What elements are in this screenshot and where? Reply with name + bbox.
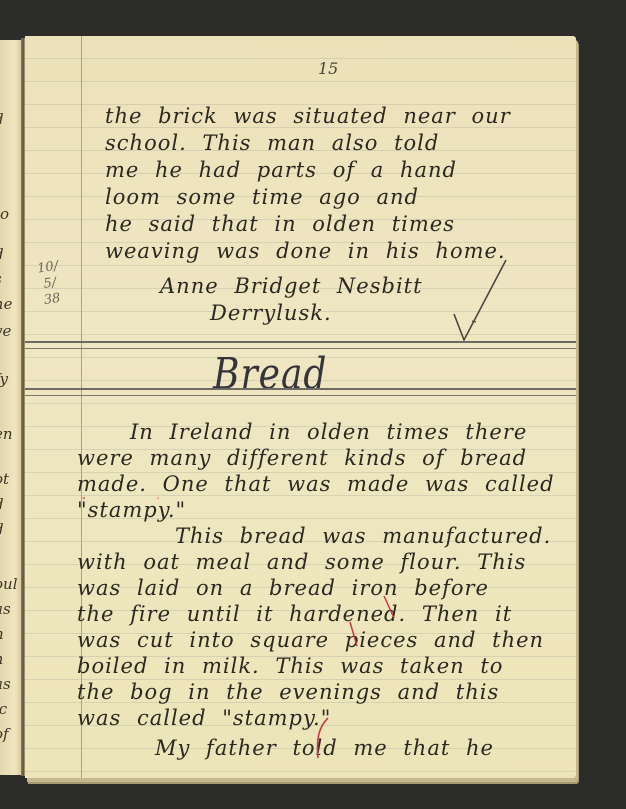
correction-strike-icon [380, 594, 400, 622]
section-divider [25, 341, 576, 349]
margin-date: 10/ 5/ 38 [32, 258, 68, 310]
left-fragment: fy [0, 370, 8, 388]
left-fragment: ot [0, 470, 9, 488]
left-fragment: oul [0, 575, 18, 593]
paragraph-mark-icon [312, 716, 332, 762]
entry-line: weaving was done in his home. [105, 239, 506, 263]
entry-line: boiled in milk. This was taken to [77, 654, 503, 678]
entry-line: he said that in olden times [105, 212, 455, 236]
copybook-page: 15 the brick was situated near our schoo… [25, 36, 576, 778]
checkmark-icon [450, 256, 510, 346]
entry-line: the fire until it hardened. Then it [77, 602, 512, 626]
left-fragment: h [0, 650, 4, 668]
page-number: 15 [318, 59, 338, 78]
entry-line: with oat meal and some flour. This [77, 550, 526, 574]
entry-line: the brick was situated near our [105, 104, 511, 128]
left-fragment: ve [0, 322, 11, 340]
left-fragment: of [0, 725, 9, 743]
svg-text:': ' [157, 496, 159, 505]
left-page-edge: d to d s he ve fy en ot d d oul as n h a… [0, 40, 21, 775]
entry-line: was laid on a bread iron before [77, 576, 489, 600]
date-year: 38 [36, 290, 68, 310]
left-fragment: s [0, 270, 2, 288]
entry-line: were many different kinds of bread [77, 446, 527, 470]
entry-line: the bog in the evenings and this [77, 680, 499, 704]
section-divider [25, 388, 576, 396]
entry-line: was cut into square pieces and then [77, 628, 544, 652]
left-fragment: en [0, 425, 13, 443]
entry-line: was called "stampy." [77, 706, 331, 730]
signature-name: Anne Bridget Nesbitt [160, 274, 423, 298]
svg-text:": " [82, 496, 86, 505]
entry-line: loom some time ago and [105, 185, 419, 209]
correction-strike-icon [347, 620, 363, 650]
left-fragment: n [0, 625, 4, 643]
left-fragment: ic [0, 700, 7, 718]
left-fragment: as [0, 675, 11, 693]
left-fragment: d [0, 520, 4, 538]
quote-marks-icon: " ' [80, 495, 180, 505]
left-fragment: to [0, 205, 9, 223]
signature-place: Derrylusk. [210, 301, 332, 325]
entry-line: This bread was manufactured. [175, 524, 551, 548]
left-fragment: d [0, 110, 4, 128]
left-fragment: he [0, 295, 13, 313]
entry-line: made. One that was made was called [77, 472, 555, 496]
left-fragment: d [0, 495, 4, 513]
entry-line: school. This man also told [105, 131, 439, 155]
entry-line: me he had parts of a hand [105, 158, 457, 182]
left-fragment: d [0, 245, 4, 263]
entry-line: In Ireland in olden times there [130, 420, 527, 444]
left-fragment: as [0, 600, 11, 618]
